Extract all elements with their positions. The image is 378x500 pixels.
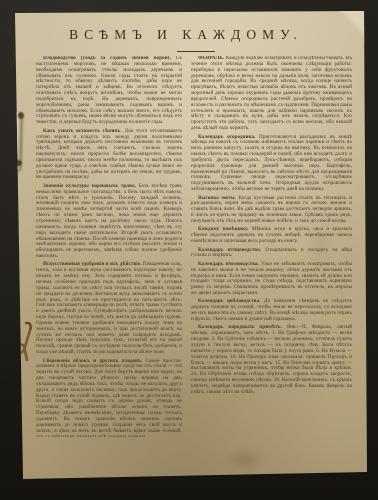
- paragraph-lead: Календарь народныхъ примѣтъ.: [198, 325, 282, 330]
- paragraph: Какъ узнать всхожесть сѣмянъ. Для этого …: [36, 129, 182, 182]
- paragraph: Календарь огородника. Приготовляются раз…: [191, 135, 352, 193]
- paragraph: Искусственныя удобренія и ихъ дѣйствіе. …: [36, 262, 182, 356]
- title-rule: [177, 51, 215, 52]
- paragraph: Календарь цвѣтоводства. До появленія сѣя…: [191, 299, 352, 322]
- paragraph-lead: ФЕВРАЛЬ.: [198, 56, 224, 61]
- paragraph-lead: Календарь огородника.: [198, 135, 256, 140]
- paragraph-lead: Календарь пчеловодства.: [198, 262, 259, 267]
- paragraph-lead: Сбереженіе яблокъ и другихъ плодовъ.: [43, 359, 142, 364]
- edge-damage-speck: [15, 160, 22, 166]
- left-column: Плодоводство (уходъ за садомъ зимней пор…: [36, 56, 182, 437]
- paragraph: Плодоводство (уходъ за садомъ зимней пор…: [36, 56, 182, 126]
- newspaper-page: ВСѢМЪ И КАЖДОМУ. Плодоводство (уходъ за …: [0, 0, 378, 500]
- paragraph: Календарь народныхъ примѣтъ. Янв.—ІІ. Фе…: [191, 325, 352, 395]
- photo-background: ВСѢМЪ И КАЖДОМУ. Плодоводство (уходъ за …: [0, 0, 378, 500]
- paragraph-lead: Календарь птицеводства.: [198, 248, 261, 253]
- paragraph-lead: Каждому помѣщику.: [198, 227, 249, 232]
- binding-wire: [15, 320, 35, 366]
- paragraph-lead: Выгонка мяты.: [198, 196, 236, 201]
- water-stain: [216, 444, 272, 475]
- page-title: ВСѢМЪ И КАЖДОМУ.: [0, 27, 372, 43]
- paragraph: Сбереженіе яблокъ и другихъ плодовъ. Сам…: [36, 359, 182, 437]
- paragraph: Значеніе культуры кормовыхъ травъ. Безъ …: [36, 184, 182, 260]
- paragraph: ФЕВРАЛЬ. Каждую недѣлю осматривать и осв…: [191, 56, 352, 132]
- paragraph-lead: Календарь цвѣтоводства.: [198, 299, 261, 304]
- paragraph-lead: Какъ узнать всхожесть сѣмянъ.: [43, 129, 122, 134]
- faint-stain: [300, 215, 340, 275]
- edge-damage-speck: [18, 112, 24, 119]
- paragraph-lead: Значеніе культуры кормовыхъ травъ.: [43, 184, 136, 189]
- paragraph-lead: Плодоводство (уходъ за садомъ зимней пор…: [43, 56, 171, 61]
- paragraph-lead: Искусственныя удобренія и ихъ дѣйствіе.: [43, 262, 142, 267]
